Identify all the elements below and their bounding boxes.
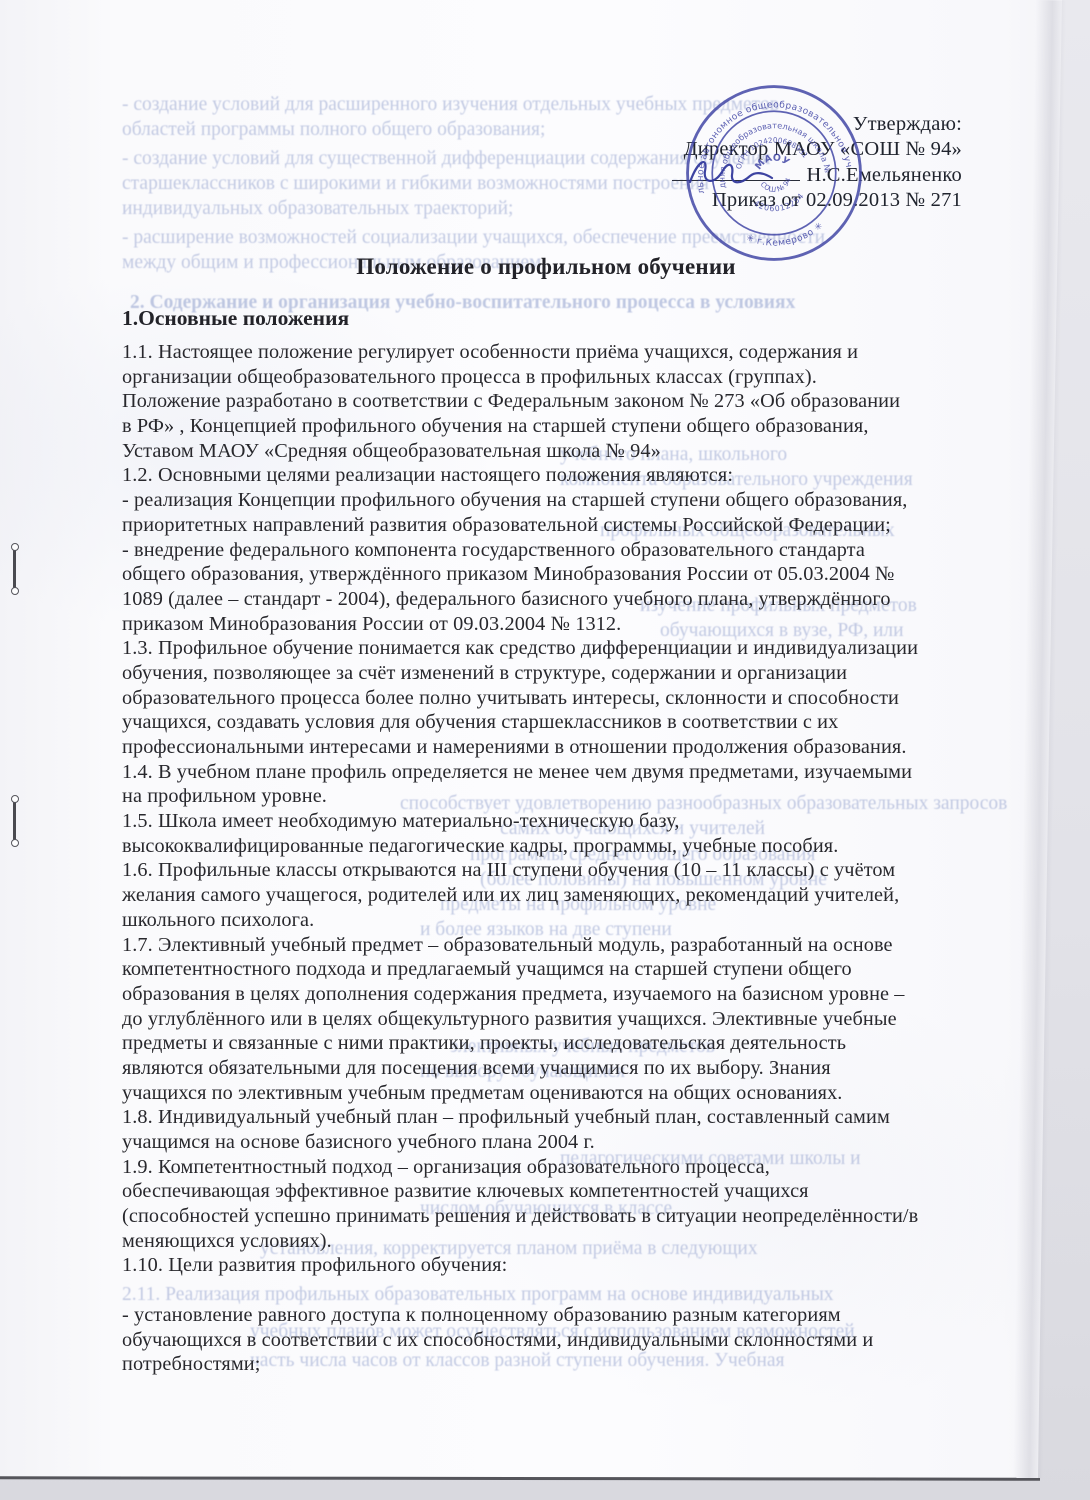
text-line: на профильном уровне. <box>122 784 970 809</box>
staple-mark-bottom <box>13 800 16 842</box>
text-line: образовательного процесса более полно уч… <box>122 686 970 711</box>
scanned-document-screenshot: { "doc": { "title": "Положение о профиль… <box>0 0 1090 1500</box>
text-line: потребностями; <box>122 1352 970 1377</box>
text-line: образования в целях дополнения содержани… <box>122 982 970 1007</box>
text-line: 1.10. Цели развития профильного обучения… <box>122 1253 970 1278</box>
text-line: 1.1. Настоящее положение регулирует особ… <box>122 340 970 365</box>
blank-line <box>122 1278 970 1303</box>
text-line: высококвалифицированные педагогические к… <box>122 834 970 859</box>
text-line: желания самого учащегося, родителей или … <box>122 883 970 908</box>
text-line: 1.3. Профильное обучение понимается как … <box>122 636 970 661</box>
text-line: 1.5. Школа имеет необходимую материально… <box>122 809 970 834</box>
text-line: предметы и связанные с ними практики, пр… <box>122 1031 970 1056</box>
document-body: Положение о профильном обучении 1.Основн… <box>122 253 970 1377</box>
text-line: 1.8. Индивидуальный учебный план – профи… <box>122 1105 970 1130</box>
text-line: общего образования, утверждённого приказ… <box>122 562 970 587</box>
text-line: - внедрение федерального компонента госу… <box>122 538 970 563</box>
text-line: учащихся по элективным учебным предметам… <box>122 1081 970 1106</box>
text-line: 1.6. Профильные классы открываются на II… <box>122 858 970 883</box>
text-line: 1.7. Элективный учебный предмет – образо… <box>122 933 970 958</box>
text-line: - реализация Концепции профильного обуче… <box>122 488 970 513</box>
text-line: обучения, позволяющее за счёт изменений … <box>122 661 970 686</box>
text-line: - установление равного доступа к полноце… <box>122 1303 970 1328</box>
text-line: меняющихся условиях). <box>122 1229 970 1254</box>
stamp-inn-text: 4206012254 <box>751 190 808 217</box>
text-line: 1.9. Компетентностный подход – организац… <box>122 1155 970 1180</box>
text-line: учащихся, создавать условия для обучения… <box>122 710 970 735</box>
text-line: до углублённого или в целях общекультурн… <box>122 1007 970 1032</box>
body-text: 1.1. Настоящее положение регулирует особ… <box>122 340 970 1377</box>
section-heading: 1.Основные положения <box>122 305 970 331</box>
text-line: компетентностного подхода и предлагаемый… <box>122 957 970 982</box>
text-line: 1089 (далее – стандарт - 2004), федераль… <box>122 587 970 612</box>
text-line: 1.4. В учебном плане профиль определяетс… <box>122 760 970 785</box>
text-line: (способностей успешно принимать решения … <box>122 1204 970 1229</box>
text-line: 1.2. Основными целями реализации настоящ… <box>122 463 970 488</box>
text-line: обеспечивающая эффективное развитие ключ… <box>122 1179 970 1204</box>
svg-text:4206012254: 4206012254 <box>751 190 808 217</box>
text-line: приказом Минобразования России от 09.03.… <box>122 612 970 637</box>
text-line: школьного психолога. <box>122 908 970 933</box>
text-line: являются обязательными для посещения все… <box>122 1056 970 1081</box>
text-line: приоритетных направлений развития образо… <box>122 513 970 538</box>
staple-mark-top <box>13 548 16 590</box>
text-line: учащимся на основе базисного учебного пл… <box>122 1130 970 1155</box>
director-signature <box>686 152 781 194</box>
text-line: профессиональными интересами и намерения… <box>122 735 970 760</box>
text-line: в РФ» , Концепцией профильного обучения … <box>122 414 970 439</box>
page-bottom-edge <box>0 1476 1040 1480</box>
text-line: обучающихся в соответствии с их способно… <box>122 1328 970 1353</box>
text-line: Уставом МАОУ «Средняя общеобразовательна… <box>122 439 970 464</box>
document-title: Положение о профильном обучении <box>122 253 970 281</box>
text-line: организации общеобразовательного процесс… <box>122 365 970 390</box>
text-line: Положение разработано в соответствии с Ф… <box>122 389 970 414</box>
